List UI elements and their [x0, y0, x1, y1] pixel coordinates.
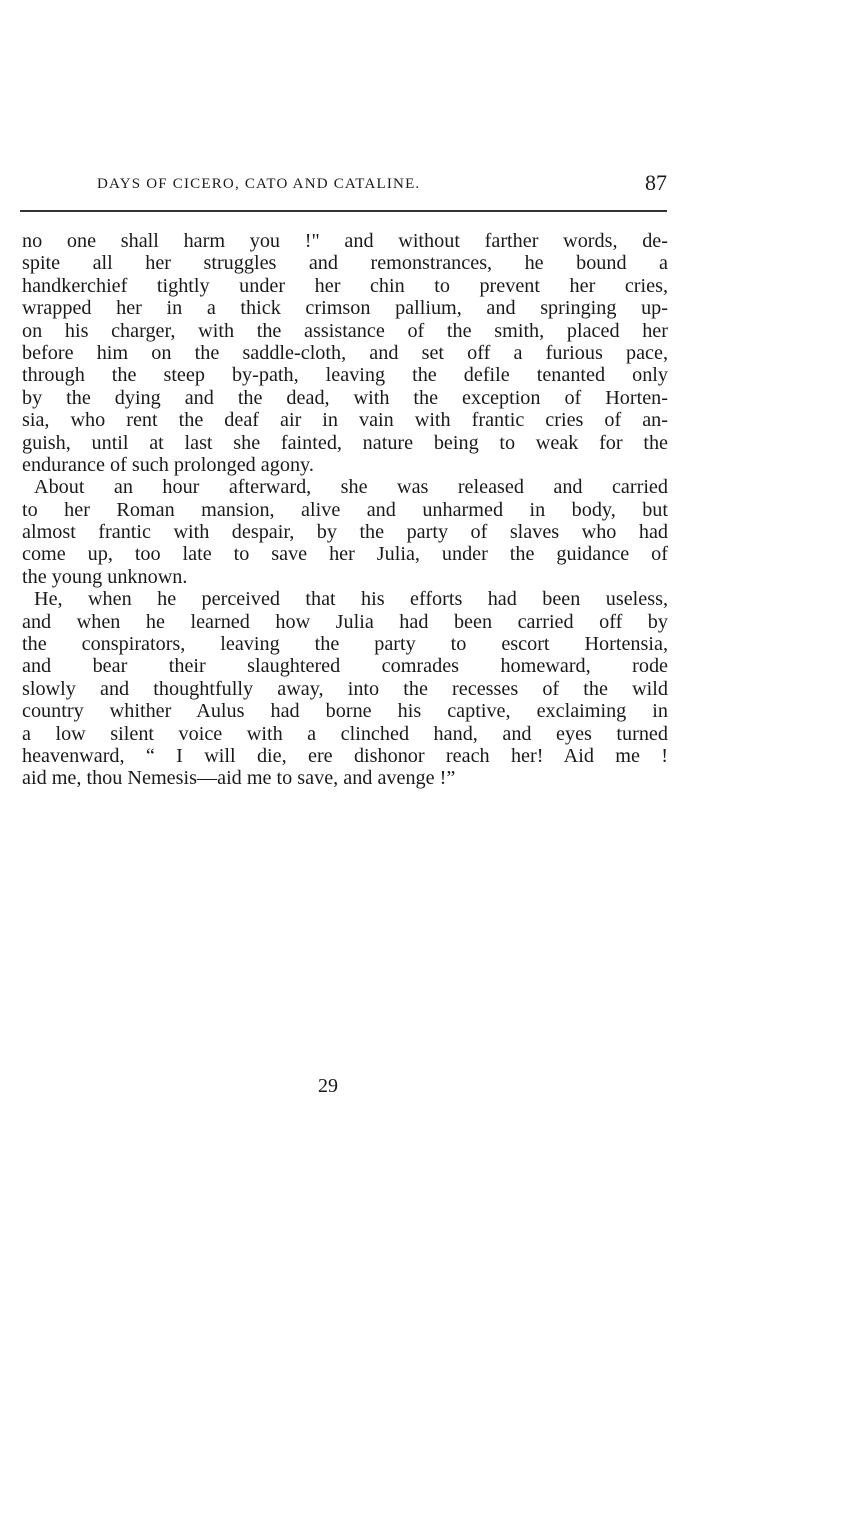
text-line: heavenward, “ I will die, ere dishonor r…	[22, 745, 668, 767]
text-line: the young unknown.	[22, 566, 668, 588]
text-line: and when he learned how Julia had been c…	[22, 611, 668, 633]
paragraph: He, when he perceived that his efforts h…	[22, 588, 668, 790]
text-line: guish, until at last she fainted, nature…	[22, 432, 668, 454]
text-line: to her Roman mansion, alive and unharmed…	[22, 499, 668, 521]
text-line: through the steep by-path, leaving the d…	[22, 364, 668, 386]
book-page: DAYS OF CICERO, CATO AND CATALINE. 87 no…	[0, 0, 848, 1525]
text-line: He, when he perceived that his efforts h…	[22, 588, 668, 610]
paragraph: no one shall harm you !" and without far…	[22, 230, 668, 476]
running-head: DAYS OF CICERO, CATO AND CATALINE. 87	[22, 170, 667, 200]
text-line: and bear their slaughtered comrades home…	[22, 655, 668, 677]
running-title: DAYS OF CICERO, CATO AND CATALINE.	[97, 176, 420, 193]
text-line: come up, too late to save her Julia, und…	[22, 543, 668, 565]
text-line: About an hour afterward, she was release…	[22, 476, 668, 498]
signature-mark: 29	[318, 1075, 338, 1098]
text-line: aid me, thou Nemesis—aid me to save, and…	[22, 767, 668, 789]
text-line: spite all her struggles and remonstrance…	[22, 252, 668, 274]
text-line: by the dying and the dead, with the exce…	[22, 387, 668, 409]
text-line: the conspirators, leaving the party to e…	[22, 633, 668, 655]
text-line: handkerchief tightly under her chin to p…	[22, 275, 668, 297]
text-line: sia, who rent the deaf air in vain with …	[22, 409, 668, 431]
text-line: before him on the saddle-cloth, and set …	[22, 342, 668, 364]
text-line: country whither Aulus had borne his capt…	[22, 700, 668, 722]
body-text: no one shall harm you !" and without far…	[22, 230, 668, 790]
paragraph: About an hour afterward, she was release…	[22, 476, 668, 588]
text-line: wrapped her in a thick crimson pallium, …	[22, 297, 668, 319]
header-rule	[20, 210, 667, 212]
text-line: a low silent voice with a clinched hand,…	[22, 723, 668, 745]
text-line: endurance of such prolonged agony.	[22, 454, 668, 476]
text-line: on his charger, with the assistance of t…	[22, 320, 668, 342]
page-number: 87	[645, 170, 667, 196]
text-line: slowly and thoughtfully away, into the r…	[22, 678, 668, 700]
text-line: no one shall harm you !" and without far…	[22, 230, 668, 252]
text-line: almost frantic with despair, by the part…	[22, 521, 668, 543]
